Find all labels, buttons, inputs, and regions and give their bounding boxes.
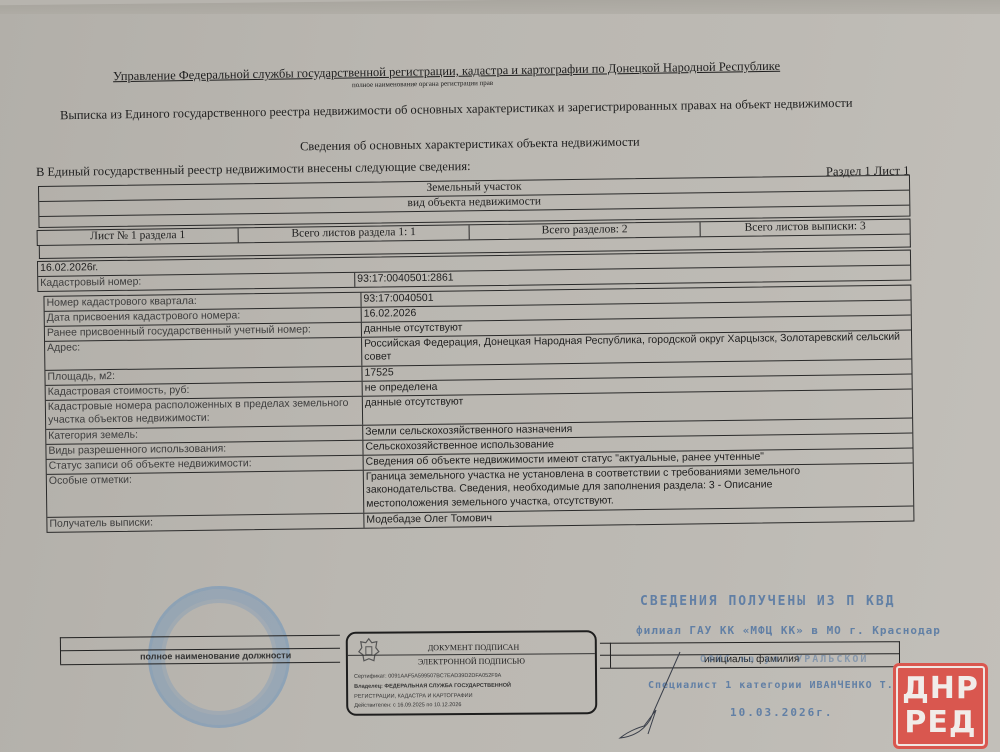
detail-label: Особые отметки:	[47, 470, 365, 516]
object-type: Земельный участок	[424, 181, 523, 196]
detail-label: Получатель выписки:	[47, 513, 364, 531]
blue-stamp-line3: ОФИС на ул. УРАЛЬСКОЙ	[700, 654, 868, 665]
esign-line1: ДОКУМЕНТ ПОДПИСАН	[428, 643, 519, 653]
esign-validity: Действителен: с 16.09.2025 по 10.12.2026	[354, 702, 461, 709]
blue-stamp-line1: СВЕДЕНИЯ ПОЛУЧЕНЫ ИЗ П КВД	[640, 594, 896, 609]
detail-label: Кадастровые номера расположенных в преде…	[46, 396, 363, 428]
extract-date: 16.02.2026г.	[38, 261, 100, 276]
total-sheets: Всего листов выписки: 3	[701, 220, 910, 236]
logo-line2: РЕД	[904, 706, 976, 740]
handwritten-signature	[610, 650, 690, 740]
object-type-caption: вид объекта недвижимости	[405, 195, 543, 211]
esign-line2: ЭЛЕКТРОННОЙ ПОДПИСЬЮ	[418, 657, 525, 667]
position-signature-line: полное наименование должности	[60, 635, 340, 667]
extract-title: Выписка из Единого государственного реес…	[60, 96, 853, 123]
electronic-signature-stamp: ДОКУМЕНТ ПОДПИСАН ЭЛЕКТРОННОЙ ПОДПИСЬЮ С…	[346, 630, 598, 716]
emblem-icon	[358, 638, 380, 662]
detail-label: Адрес:	[45, 337, 362, 369]
esign-owner-1: Владелец: ФЕДЕРАЛЬНАЯ СЛУЖБА ГОСУДАРСТВЕ…	[354, 683, 511, 690]
dnr-red-logo: ДНР РЕД	[893, 663, 988, 749]
special-notes-value: Граница земельного участка не установлен…	[364, 463, 914, 512]
sheet-number: Лист № 1 раздела 1	[38, 228, 239, 244]
document-page: Управление Федеральной службы государств…	[0, 14, 1000, 752]
details-block: Номер кадастрового квартала:93:17:004050…	[43, 284, 914, 532]
position-caption: полное наименование должности	[140, 650, 291, 661]
blue-stamp-line5: 10.03.2026г.	[730, 706, 833, 719]
esign-certificate: Сертификат: 0091AAF5A599507BC7EAD39D2DFA…	[354, 673, 501, 680]
intro-line: В Единый государственный реестр недвижим…	[36, 159, 471, 180]
organization-caption: полное наименование органа регистрации п…	[352, 79, 493, 89]
extract-table: Земельный участок вид объекта недвижимос…	[36, 175, 914, 533]
esign-owner-2: РЕГИСТРАЦИИ, КАДАСТРА И КАРТОГРАФИИ	[354, 693, 472, 700]
section-title: Сведения об основных характеристиках объ…	[300, 135, 640, 155]
blue-stamp-line2: филиал ГАУ КК «МФЦ КК» в МО г. Краснодар	[636, 624, 941, 637]
cadastral-number-label: Кадастровый номер:	[38, 272, 355, 290]
logo-line1: ДНР	[902, 672, 979, 706]
